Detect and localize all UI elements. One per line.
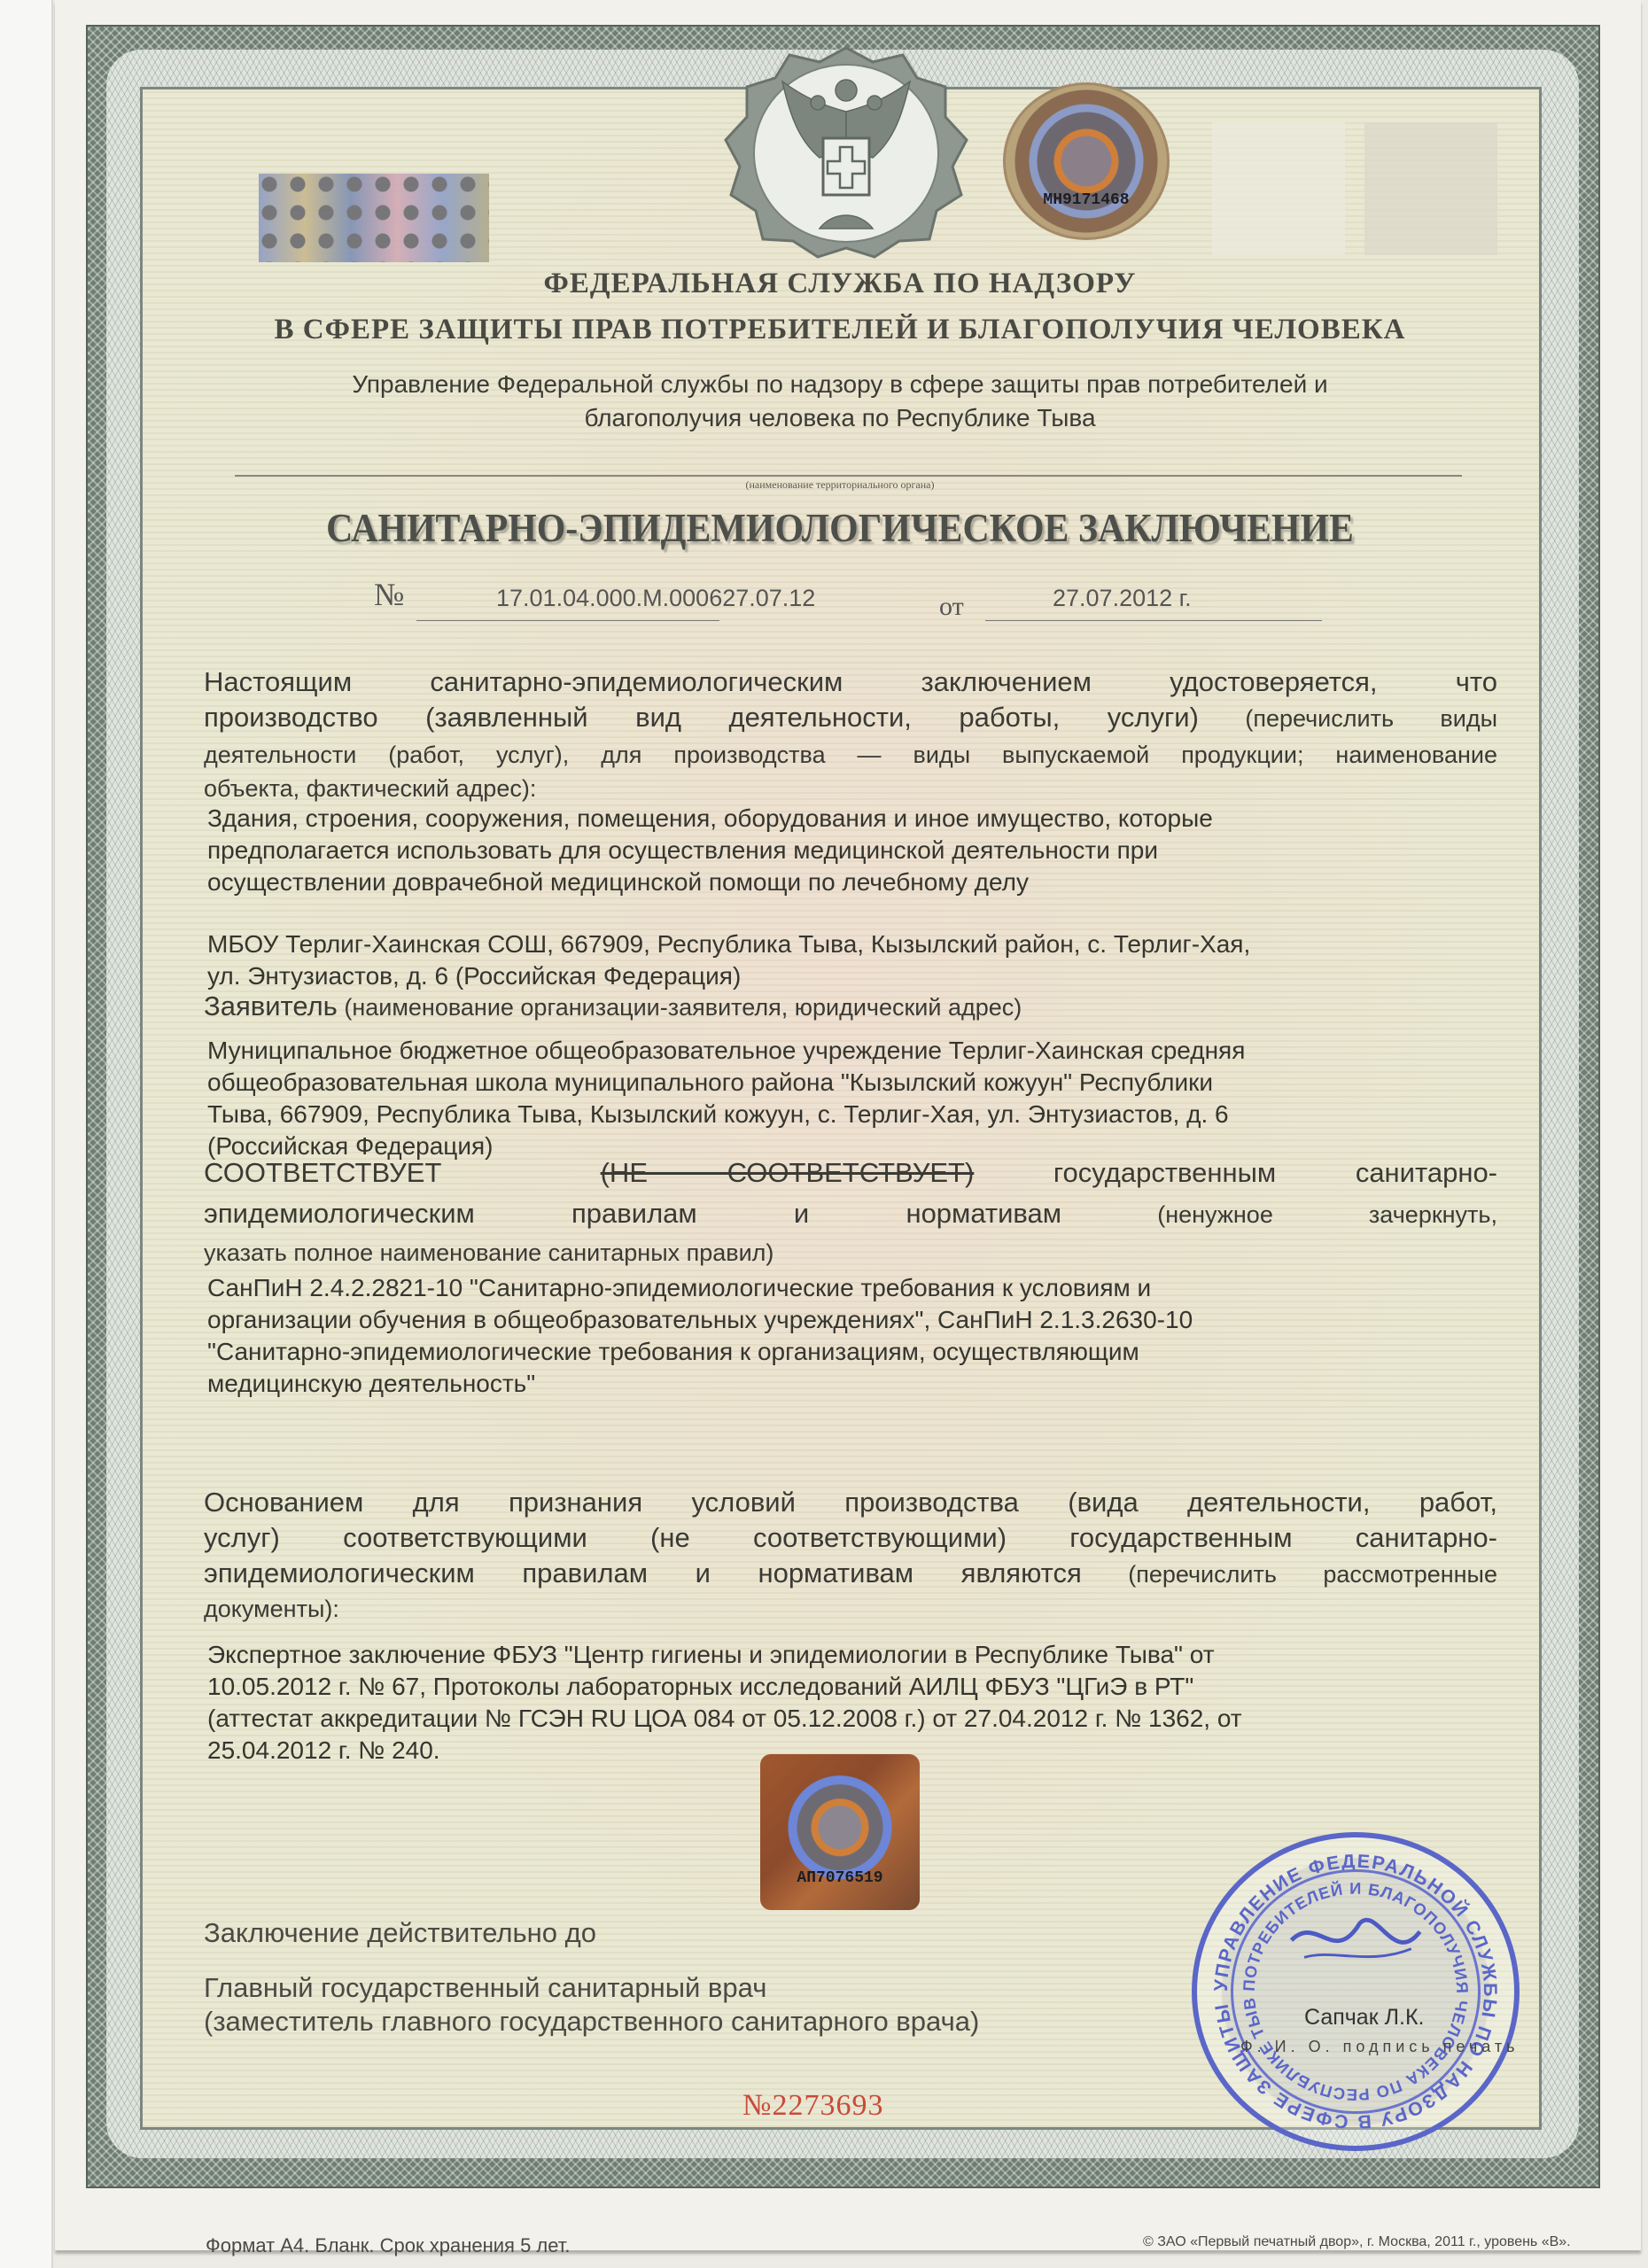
- production-intro-line2: производство (заявленный вид деятельност…: [204, 702, 1497, 734]
- hologram-seal-top-icon: МН9171468: [1003, 82, 1170, 240]
- address-line: ул. Энтузиастов, д. 6 (Российская Федера…: [207, 960, 1501, 992]
- compliance-line1: СООТВЕТСТВУЕТ (НЕ СООТВЕТСТВУЕТ) государ…: [204, 1157, 1497, 1189]
- number-sign: №: [374, 576, 404, 613]
- compliance-line2-main: эпидемиологическим правилам и нормативам: [204, 1198, 1061, 1229]
- stamp-ring-text: УПРАВЛЕНИЕ ФЕДЕРАЛЬНОЙ СЛУЖБЫ ПО НАДЗОРУ…: [1197, 1837, 1514, 2146]
- date-from-label: от: [939, 592, 964, 622]
- sanpin-line: медицинскую деятельность": [207, 1368, 1501, 1400]
- number-underline: [416, 620, 719, 621]
- basis-value-line: Экспертное заключение ФБУЗ "Центр гигиен…: [207, 1639, 1501, 1671]
- production-intro-line3: деятельности (работ, услуг), для произво…: [204, 739, 1497, 771]
- date-underline: [985, 620, 1322, 621]
- territorial-body-caption: (наименование территориального органа): [142, 478, 1538, 492]
- document-title: САНИТАРНО-ЭПИДЕМИОЛОГИЧЕСКОЕ ЗАКЛЮЧЕНИЕ: [190, 505, 1489, 551]
- official-seal-stamp-icon: УПРАВЛЕНИЕ ФЕДЕРАЛЬНОЙ СЛУЖБЫ ПО НАДЗОРУ…: [1192, 1832, 1520, 2151]
- svg-text:УПРАВЛЕНИЕ ФЕДЕРАЛЬНОЙ СЛУЖБЫ: УПРАВЛЕНИЕ ФЕДЕРАЛЬНОЙ СЛУЖБЫ ПО НАДЗОРУ…: [1197, 1837, 1501, 2132]
- sanpin-line: организации обучения в общеобразовательн…: [207, 1304, 1501, 1336]
- signatory-name: Сапчак Л.К.: [1304, 2005, 1424, 2031]
- production-intro-line4: объекта, фактический адрес):: [204, 773, 1497, 804]
- compliance-line2: эпидемиологическим правилам и нормативам…: [204, 1198, 1497, 1231]
- production-intro-main: производство (заявленный вид деятельност…: [204, 702, 1199, 733]
- document-number: 17.01.04.000.М.000627.07.12: [496, 585, 815, 612]
- blank-field-box: [1364, 122, 1497, 255]
- hologram-serial: МН9171468: [1006, 191, 1167, 209]
- production-intro-note: (перечислить виды: [1199, 705, 1497, 732]
- basis-line1: Основанием для признания условий произво…: [204, 1487, 1497, 1518]
- compliance-line1-tail: государственным санитарно-: [974, 1157, 1497, 1188]
- applicant-label: Заявитель: [204, 990, 338, 1021]
- production-intro-line1: Настоящим санитарно-эпидемиологическим з…: [204, 666, 1497, 698]
- basis-value-line: 10.05.2012 г. № 67, Протоколы лабораторн…: [207, 1671, 1501, 1703]
- basis-line3-note: (перечислить рассмотренные: [1082, 1561, 1497, 1588]
- production-value-line: Здания, строения, сооружения, помещения,…: [207, 803, 1501, 835]
- basis-line4: документы):: [204, 1593, 1497, 1625]
- blank-field-box: [1212, 122, 1345, 255]
- signature-caption: Ф. И. О. подпись печать: [1240, 2038, 1519, 2056]
- basis-line2: услуг) соответствующими (не соответствую…: [204, 1522, 1497, 1554]
- applicant-value-line: Муниципальное бюджетное общеобразователь…: [207, 1035, 1501, 1067]
- applicant-value-line: Тыва, 667909, Республика Тыва, Кызылский…: [207, 1099, 1501, 1130]
- hologram-strip-icon: [259, 174, 489, 262]
- form-serial-number: №2273693: [742, 2089, 883, 2123]
- hologram-seal-bottom-icon: АП7076519: [760, 1754, 920, 1910]
- production-value-line: осуществлении доврачебной медицинской по…: [207, 866, 1501, 898]
- basis-line3: эпидемиологическим правилам и нормативам…: [204, 1557, 1497, 1590]
- rospotrebnadzor-emblem-icon: [713, 43, 979, 260]
- hologram-serial: АП7076519: [760, 1869, 920, 1887]
- compliance-line2-note: (ненужное зачеркнуть,: [1061, 1201, 1497, 1228]
- document-date: 27.07.2012 г.: [1053, 585, 1192, 612]
- address-line: МБОУ Терлиг-Хаинская СОШ, 667909, Респуб…: [207, 928, 1501, 960]
- agency-name-line1: ФЕДЕРАЛЬНАЯ СЛУЖБА ПО НАДЗОРУ: [142, 268, 1538, 300]
- applicant-note: (наименование организации-заявителя, юри…: [338, 994, 1022, 1021]
- production-value-line: предполагается использовать для осуществ…: [207, 835, 1501, 866]
- agency-name-line2: В СФЕРЕ ЗАЩИТЫ ПРАВ ПОТРЕБИТЕЛЕЙ И БЛАГО…: [142, 314, 1538, 346]
- applicant-label-line: Заявитель (наименование организации-заяв…: [204, 990, 1497, 1023]
- scanner-edge: [0, 0, 53, 2268]
- footer-format-note: Формат А4. Бланк. Срок хранения 5 лет.: [206, 2234, 571, 2257]
- sanpin-line: СанПиН 2.4.2.2821-10 "Санитарно-эпидемио…: [207, 1272, 1501, 1304]
- applicant-value-line: общеобразовательная школа муниципального…: [207, 1067, 1501, 1099]
- sanpin-line: "Санитарно-эпидемиологические требования…: [207, 1336, 1501, 1368]
- basis-value-line: (аттестат аккредитации № ГСЭН RU ЦОА 084…: [207, 1703, 1501, 1735]
- divider: [235, 475, 1462, 477]
- complies-label: СООТВЕТСТВУЕТ: [204, 1157, 441, 1188]
- footer-printer-note: © ЗАО «Первый печатный двор», г. Москва,…: [1143, 2234, 1571, 2250]
- territorial-body-line2: благополучия человека по Республике Тыва: [142, 404, 1538, 432]
- compliance-line3: указать полное наименование санитарных п…: [204, 1237, 1497, 1269]
- territorial-body-line1: Управление Федеральной службы по надзору…: [142, 370, 1538, 399]
- not-complies-struck: (НЕ СООТВЕТСТВУЕТ): [601, 1157, 975, 1188]
- basis-line3-main: эпидемиологическим правилам и нормативам…: [204, 1557, 1082, 1588]
